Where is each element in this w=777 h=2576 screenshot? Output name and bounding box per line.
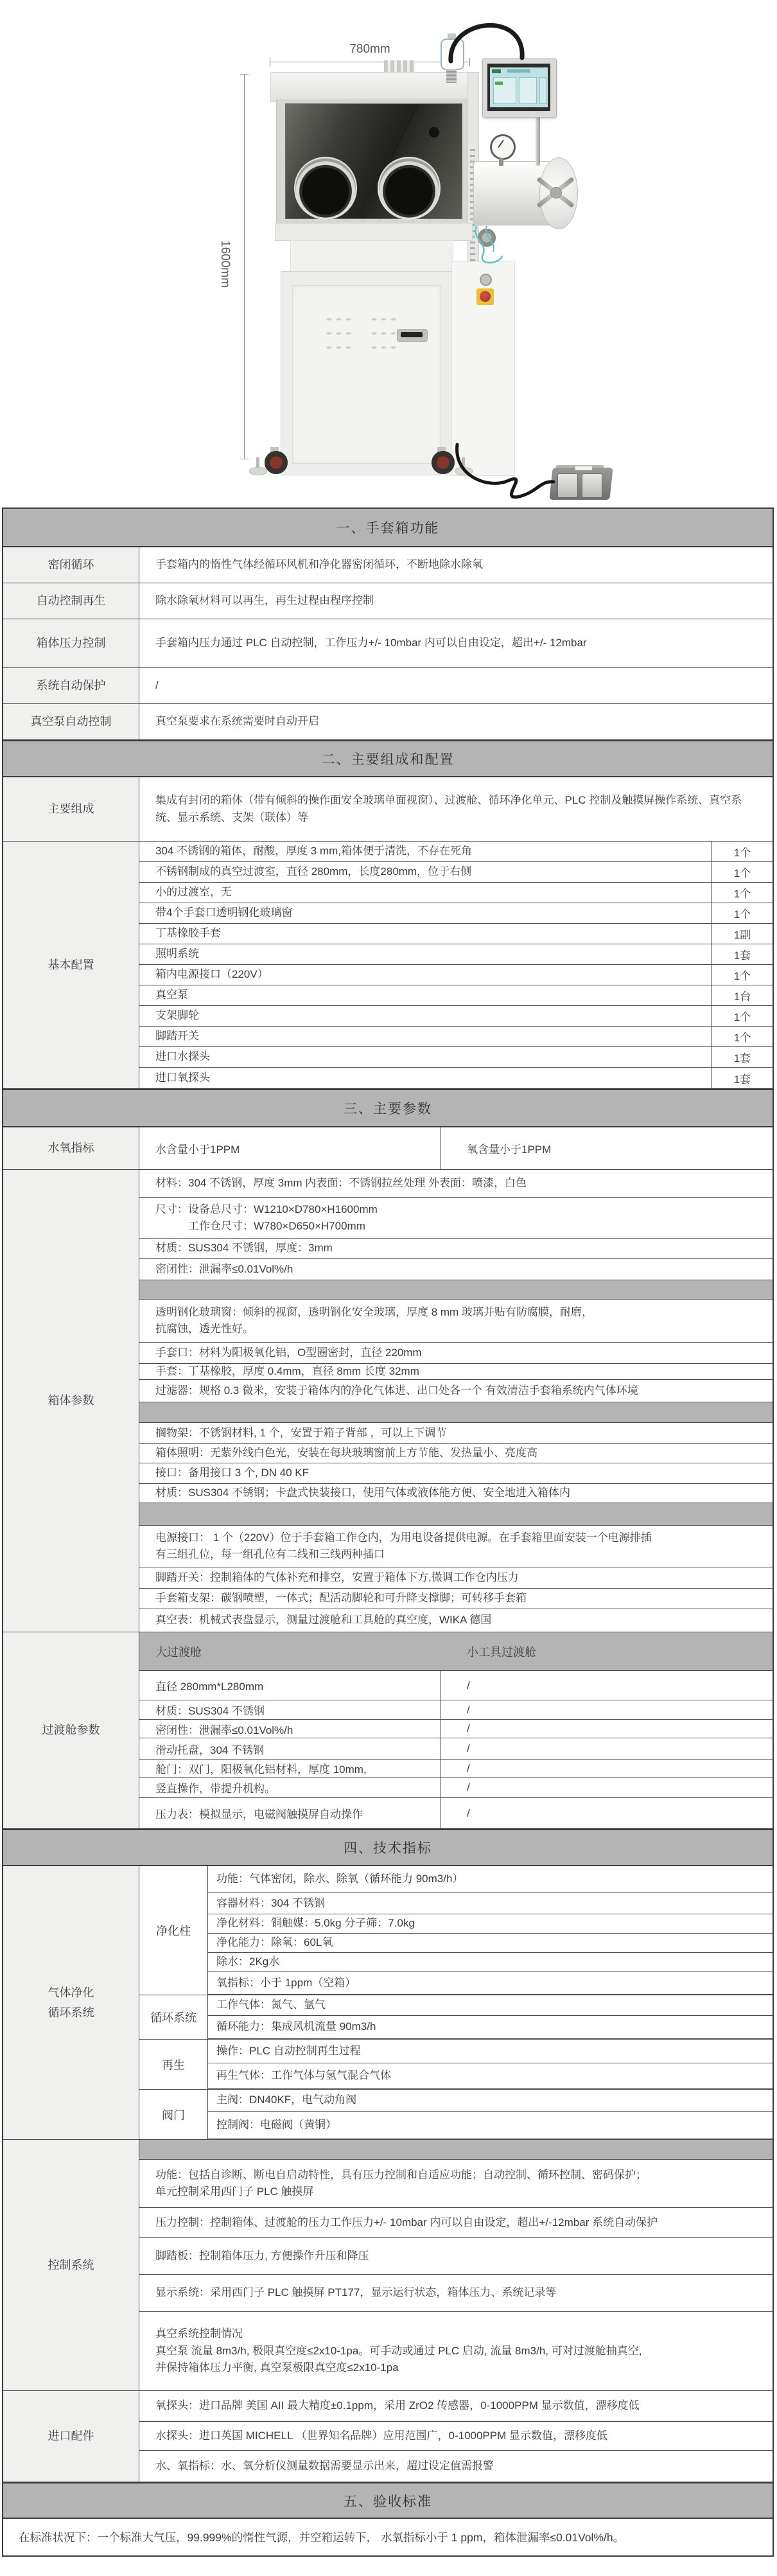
frame-bolts — [288, 218, 458, 223]
function-row: 系统自动保护/ — [3, 668, 773, 704]
qty-cell: 1个 — [712, 862, 773, 882]
control-rows: 功能：包括自诊断、断电自启动特性，具有压力控制和自适应功能；自动控制、循环控制、… — [139, 2140, 773, 2390]
chamber-row: 竖直操作，带提升机构。/ — [139, 1778, 773, 1798]
power-button-icon — [480, 274, 492, 286]
section4-header: 四、技术指标 — [3, 1829, 773, 1866]
function-row: 箱体压力控制手套箱内压力通过 PLC 自动控制，工作压力+/- 10mbar 内… — [3, 619, 773, 668]
box-params-band: 箱体参数 材料：304 不锈钢，厚度 3mm 内表面：不锈钢拉丝处理 外表面：喷… — [3, 1170, 773, 1632]
param-row: 脚踏开关：控制箱体的气体补充和排空，安置于箱体下方,微调工作仓内压力 — [139, 1567, 773, 1589]
chamber-col1-cell: 竖直操作，带提升机构。 — [139, 1778, 441, 1797]
qty-cell: 1个 — [712, 1027, 773, 1046]
function-row: 真空泵自动控制真空泵要求在系统需要时自动开启 — [3, 704, 773, 740]
water-oxygen-row: 水氧指标 水含量小于1PPM 氧含量小于1PPM — [3, 1127, 773, 1170]
hmi-widget — [539, 77, 547, 104]
gray-spacer — [139, 2140, 773, 2160]
basic-config-band: 基本配置 304 不锈钢的箱体，耐酸，厚度 3 mm,箱体便于清洗，不存在死角1… — [3, 842, 773, 1089]
chamber-row: 舱门：双门，阳极氧化铝材料，厚度 10mm,/ — [139, 1760, 773, 1778]
config-row: 真空泵1台 — [139, 985, 773, 1006]
row-content: / — [139, 668, 773, 703]
purify-group: 循环系统工作气体：氮气、氩气循环能力：集成风机流量 90m3/h — [139, 1995, 773, 2040]
chamber-row: 密闭性：泄漏率≤0.01Vol%/h/ — [139, 1720, 773, 1738]
vent-slots-icon — [369, 312, 399, 355]
param-row: 尺寸：设备总尺寸：W1210×D780×H1600mm 工作仓尺寸：W780×D… — [139, 1198, 773, 1239]
support-rod — [536, 109, 540, 166]
spec-table: 一、手套箱功能 密闭循环手套箱内的惰性气体经循环风机和净化器密闭循环，不断地除水… — [2, 507, 774, 2557]
row-content: 真空泵 — [139, 985, 712, 1005]
row-content: 再生气体：工作气体与氢气混合气体 — [208, 2063, 773, 2088]
param-row: 控制阀：电磁阀（黄铜） — [208, 2112, 773, 2139]
section3-header: 三、主要参数 — [3, 1089, 773, 1127]
row-content: 真空表：机械式表盘显示，测量过渡舱和工具舱的真空度，WIKA 德国 — [139, 1609, 773, 1632]
row-content: 搁物架：不锈钢材料, 1 个，安置于箱子背部 ，可以上下调节 — [139, 1423, 773, 1443]
function-row: 密闭循环手套箱内的惰性气体经循环风机和净化器密闭循环，不断地除水除氧 — [3, 547, 773, 583]
param-row: 手套口：材料为阳极氧化铝，O型圈密封，直径 220mm — [139, 1343, 773, 1364]
row-content: 操作：PLC 自动控制再生过程 — [208, 2040, 773, 2063]
oxygen-index-cell: 氧含量小于1PPM — [441, 1127, 773, 1169]
foot-pedal-left — [557, 473, 578, 498]
config-row: 丁基橡胶手套1副 — [139, 924, 773, 944]
cabinet-pedestal — [290, 240, 453, 274]
config-row: 进口氧探头1套 — [139, 1068, 773, 1088]
row-label: 主要组成 — [3, 777, 139, 841]
row-content: 透明钢化玻璃窗：倾斜的视窗，透明钢化安全玻璃，厚度 8 mm 玻璃并贴有防腐膜，… — [139, 1300, 773, 1342]
row-label: 真空泵自动控制 — [3, 704, 139, 739]
vent-slots-icon — [324, 312, 354, 355]
subgroup-rows: 主阀：DN40KF，电气动角阀控制阀：电磁阀（黄铜） — [208, 2090, 773, 2139]
chamber-params-band: 过渡舱参数 大过渡舱小工具过渡舱直径 280mm*L280mm/材质：SUS30… — [3, 1632, 773, 1829]
row-label: 气体净化 循环系统 — [3, 1866, 139, 2139]
chamber-col2-cell: / — [441, 1798, 773, 1828]
param-row: 搁物架：不锈钢材料, 1 个，安置于箱子背部 ，可以上下调节 — [139, 1423, 773, 1444]
row-content: 手套箱内的惰性气体经循环风机和净化器密闭循环，不断地除水除氧 — [139, 547, 773, 583]
main-composition-row: 主要组成 集成有封闭的箱体（带有倾斜的操作面安全玻璃单面视窗）、过渡舱、循环净化… — [3, 777, 773, 842]
purify-group: 再生操作：PLC 自动控制再生过程再生气体：工作气体与氢气混合气体 — [139, 2040, 773, 2090]
dimension-tick — [240, 459, 249, 459]
row-content: 丁基橡胶手套 — [139, 924, 712, 944]
purify-groups: 净化柱功能：气体密闭，除水、除氧（循环能力 90m3/h）容器材料：304 不锈… — [139, 1866, 773, 2139]
row-content: 不锈钢制成的真空过渡室，直径 280mm，长度280mm，位于右侧 — [139, 862, 712, 882]
row-content: 支架脚轮 — [139, 1006, 712, 1026]
chamber-col1-cell: 压力表：模拟显示，电磁阀触摸屏自动操作 — [139, 1798, 441, 1828]
param-row: 脚踏板：控制箱体压力, 方便操作升压和降压 — [139, 2238, 773, 2275]
row-content: 脚踏板：控制箱体压力, 方便操作升压和降压 — [139, 2238, 773, 2274]
param-row: 净化能力：除氧：60L氧 — [208, 1934, 773, 1953]
dimension-tick — [270, 58, 270, 66]
subgroup-label: 净化柱 — [139, 1866, 208, 1995]
param-row: 水探头：进口英国 MICHELL （世界知名品牌）应用范围广，0-1000PPM… — [139, 2422, 773, 2451]
param-row: 材质：SUS304 不锈钢；卡盘式快装接口，使用气体或液体能方便、安全地进入箱体… — [139, 1484, 773, 1503]
subgroup-rows: 功能：气体密闭，除水、除氧（循环能力 90m3/h）容器材料：304 不锈钢净化… — [208, 1866, 773, 1995]
transmitter-fitting — [446, 69, 457, 83]
param-row: 循环能力：集成风机流量 90m3/h — [208, 2016, 773, 2039]
row-content: 显示系统：采用西门子 PLC 触摸屏 PT177，显示运行状态，箱体压力、系统记… — [139, 2275, 773, 2311]
acceptance-text: 在标准状况下：一个标准大气压，99.999%的惰性气源，并空箱运转下， 水氧指标… — [3, 2519, 773, 2555]
gray-spacer — [139, 1280, 773, 1300]
basic-config-rows: 304 不锈钢的箱体，耐酸，厚度 3 mm,箱体便于清洗，不存在死角1个不锈钢制… — [139, 842, 773, 1088]
height-dimension-label: 1600mm — [218, 235, 232, 293]
config-row: 进口水探头1套 — [139, 1047, 773, 1068]
row-content: 小的过渡室，无 — [139, 883, 712, 903]
qty-cell: 1套 — [712, 944, 773, 964]
row-content: 循环能力：集成风机流量 90m3/h — [208, 2016, 773, 2038]
subgroup-rows: 工作气体：氮气、氩气循环能力：集成风机流量 90m3/h — [208, 1995, 773, 2039]
section2-header: 二、主要组成和配置 — [3, 740, 773, 777]
row-content: 手套箱支架：碳钢喷塑，一体式；配活动脚轮和可升降支撑脚；可转移手套箱 — [139, 1589, 773, 1609]
caster-wheel-icon — [432, 451, 455, 474]
param-row: 电源接口： 1 个（220V）位于手套箱工作仓内，为用电设备提供电源。在手套箱里… — [139, 1526, 773, 1567]
row-content: 除水除氧材料可以再生，再生过程由程序控制 — [139, 583, 773, 619]
row-content: 304 不锈钢的箱体，耐酸，厚度 3 mm,箱体便于清洗，不存在死角 — [139, 842, 712, 861]
height-dimension-line — [244, 74, 245, 459]
pressure-gauge-icon — [490, 134, 516, 160]
config-row: 小的过渡室，无1个 — [139, 883, 773, 903]
chamber-col2-cell: / — [441, 1738, 773, 1759]
valve-icon — [478, 229, 496, 247]
chamber-col1-cell: 材质：SUS304 不锈钢 — [139, 1700, 441, 1719]
param-row: 手套：丁基橡胶，厚度 0.4mm，直径 8mm 长度 32mm — [139, 1364, 773, 1380]
gray-spacer — [139, 1503, 773, 1526]
chamber-col2-header: 小工具过渡舱 — [441, 1632, 773, 1670]
row-content: 箱内电源接口（220V） — [139, 965, 712, 985]
hmi-widget — [519, 77, 537, 104]
row-content: 控制阀：电磁阀（黄铜） — [208, 2112, 773, 2139]
chamber-col2-cell: / — [441, 1760, 773, 1777]
purify-group: 净化柱功能：气体密闭，除水、除氧（循环能力 90m3/h）容器材料：304 不锈… — [139, 1866, 773, 1995]
row-content: 除水：2Kg水 — [208, 1953, 773, 1972]
caster-wheel-icon — [265, 451, 288, 474]
param-row: 压力控制：控制箱体、过渡舱的压力工作压力+/- 10mbar 内可以自由设定，超… — [139, 2208, 773, 2238]
qty-cell: 1个 — [712, 883, 773, 903]
row-content: 脚踏开关 — [139, 1027, 712, 1046]
row-content: 真空系统控制情况 真空泵 流量 8m3/h, 极限真空度≤2x10-1pa。可手… — [139, 2312, 773, 2390]
dimension-tick — [469, 58, 470, 66]
param-row: 透明钢化玻璃窗：倾斜的视窗，透明钢化安全玻璃，厚度 8 mm 玻璃并贴有防腐膜，… — [139, 1300, 773, 1343]
imports-rows: 氧探头：进口品牌 美国 AII 最大精度±0.1ppm，采用 ZrO2 传感器，… — [139, 2391, 773, 2482]
glove-port-icon — [294, 157, 357, 220]
param-row: 功能：气体密闭，除水、除氧（循环能力 90m3/h） — [208, 1866, 773, 1893]
param-row: 真空系统控制情况 真空泵 流量 8m3/h, 极限真空度≤2x10-1pa。可手… — [139, 2312, 773, 2390]
box-params-rows: 材料：304 不锈钢，厚度 3mm 内表面：不锈钢拉丝处理 外表面：喷漆，白色尺… — [139, 1170, 773, 1632]
purify-band: 气体净化 循环系统 净化柱功能：气体密闭，除水、除氧（循环能力 90m3/h）容… — [3, 1866, 773, 2140]
param-row: 容器材料：304 不锈钢 — [208, 1893, 773, 1914]
hmi-status-light — [495, 82, 503, 85]
door-handle-hub — [550, 187, 562, 198]
param-row: 箱体照明：无紫外线白色光，安装在每块玻璃窗前上方节能、发热量小、亮度高 — [139, 1444, 773, 1463]
chamber-col1-cell: 密闭性：泄漏率≤0.01Vol%/h — [139, 1720, 441, 1738]
chamber-col1-cell: 滑动托盘，304 不锈钢 — [139, 1738, 441, 1759]
row-content: 功能：包括自诊断、断电自启动特性，具有压力控制和自适应功能；自动控制、循环控制、… — [139, 2160, 773, 2207]
row-content: 工作气体：氮气、氩气 — [208, 1995, 773, 2015]
row-content: 材质：SUS304 不锈钢，厚度：3mm — [139, 1239, 773, 1258]
row-content: 净化材料：铜触媒：5.0kg 分子筛：7.0kg — [208, 1914, 773, 1933]
qty-cell: 1台 — [712, 985, 773, 1005]
row-content: 水、氧指标：水、氧分析仪测量数据需要显示出来，超过设定值需报警 — [139, 2451, 773, 2482]
param-row: 功能：包括自诊断、断电自启动特性，具有压力控制和自适应功能；自动控制、循环控制、… — [139, 2160, 773, 2208]
chamber-col2-cell: / — [441, 1778, 773, 1797]
chamber-col2-cell: / — [441, 1720, 773, 1738]
qty-cell: 1个 — [712, 965, 773, 985]
row-content: 过滤器：规格 0.3 微米，安装于箱体内的净化气体进、出口处各一个 有效清洁手套… — [139, 1380, 773, 1402]
spec-sheet-page: 780mm 1600mm — [0, 0, 777, 2576]
chamber-row: 压力表：模拟显示，电磁阀触摸屏自动操作/ — [139, 1798, 773, 1828]
param-row: 接口：备用接口 3 个, DN 40 KF — [139, 1463, 773, 1484]
transmitter-cap — [448, 33, 456, 39]
chamber-row: 直径 280mm*L280mm/ — [139, 1671, 773, 1700]
param-row: 材料：304 不锈钢，厚度 3mm 内表面：不锈钢拉丝处理 外表面：喷漆，白色 — [139, 1170, 773, 1198]
row-content: 集成有封闭的箱体（带有倾斜的操作面安全玻璃单面视窗）、过渡舱、循环净化单元、PL… — [139, 777, 773, 841]
param-row: 氧指标：小于 1ppm（空箱） — [208, 1972, 773, 1995]
row-content: 材质：SUS304 不锈钢；卡盘式快装接口，使用气体或液体能方便、安全地进入箱体… — [139, 1484, 773, 1503]
row-content: 容器材料：304 不锈钢 — [208, 1893, 773, 1914]
config-row: 支架脚轮1个 — [139, 1006, 773, 1027]
control-band: 控制系统 功能：包括自诊断、断电自启动特性，具有压力控制和自适应功能；自动控制、… — [3, 2140, 773, 2391]
qty-cell: 1套 — [712, 1068, 773, 1088]
config-row: 不锈钢制成的真空过渡室，直径 280mm，长度280mm，位于右侧1个 — [139, 862, 773, 883]
chamber-col2-cell: / — [441, 1700, 773, 1719]
dimension-tick — [240, 74, 249, 75]
config-row: 带4个手套口透明钢化玻璃窗1个 — [139, 903, 773, 924]
row-label: 控制系统 — [3, 2140, 139, 2390]
param-row: 再生气体：工作气体与氢气混合气体 — [208, 2063, 773, 2089]
row-content: 氧探头：进口品牌 美国 AII 最大精度±0.1ppm，采用 ZrO2 传感器，… — [139, 2391, 773, 2421]
chamber-col1-cell: 舱门：双门，阳极氧化铝材料，厚度 10mm, — [139, 1760, 441, 1777]
param-row: 显示系统：采用西门子 PLC 触摸屏 PT177，显示运行状态，箱体压力、系统记… — [139, 2275, 773, 2312]
qty-cell: 1个 — [712, 1006, 773, 1026]
qty-cell: 1个 — [712, 842, 773, 861]
row-label: 箱体压力控制 — [3, 619, 139, 667]
water-index-cell: 水含量小于1PPM — [139, 1127, 441, 1169]
cabinet-handle-recess — [401, 332, 423, 337]
gauge-stem — [499, 158, 503, 166]
row-content: 水探头：进口英国 MICHELL （世界知名品牌）应用范围广，0-1000PPM… — [139, 2422, 773, 2450]
gray-spacer — [139, 1402, 773, 1423]
row-content: 主阀：DN40KF，电气动角阀 — [208, 2090, 773, 2111]
subgroup-label: 再生 — [139, 2040, 208, 2089]
subgroup-label: 循环系统 — [139, 1995, 208, 2039]
row-content: 箱体照明：无紫外线白色光，安装在每块玻璃窗前上方节能、发热量小、亮度高 — [139, 1444, 773, 1463]
window-clamp-knob — [429, 127, 439, 137]
row-label: 基本配置 — [3, 842, 139, 1088]
row-content: 手套口：材料为阳极氧化铝，O型圈密封，直径 220mm — [139, 1343, 773, 1363]
foot-pedal-right — [582, 473, 602, 498]
chamber-col1-cell: 直径 280mm*L280mm — [139, 1671, 441, 1700]
config-row: 照明系统1套 — [139, 944, 773, 965]
param-row: 工作气体：氮气、氩气 — [208, 1995, 773, 2016]
row-label: 密闭循环 — [3, 547, 139, 583]
row-content: 照明系统 — [139, 944, 712, 964]
oxygen-transmitter-icon — [441, 39, 464, 70]
chamber-row: 材质：SUS304 不锈钢/ — [139, 1700, 773, 1720]
param-row: 材质：SUS304 不锈钢，厚度：3mm — [139, 1239, 773, 1259]
row-label: 过渡舱参数 — [3, 1632, 139, 1828]
row-content: 手套箱内压力通过 PLC 自动控制，工作压力+/- 10mbar 内可以自由设定… — [139, 619, 773, 667]
leveling-foot-icon — [455, 467, 473, 475]
glovebox-top-panel — [270, 72, 475, 102]
row-label: 系统自动保护 — [3, 668, 139, 703]
row-label: 水氧指标 — [3, 1127, 139, 1169]
qty-cell: 1副 — [712, 924, 773, 944]
cabinet-sill — [275, 223, 473, 241]
function-row: 自动控制再生除水除氧材料可以再生，再生过程由程序控制 — [3, 583, 773, 619]
chamber-params-rows: 大过渡舱小工具过渡舱直径 280mm*L280mm/材质：SUS304 不锈钢/… — [139, 1632, 773, 1828]
emergency-stop-icon — [480, 291, 491, 302]
param-row: 真空表：机械式表盘显示，测量过渡舱和工具舱的真空度，WIKA 德国 — [139, 1609, 773, 1632]
row-content: 密闭性：泄漏率≤0.01Vol%/h — [139, 1259, 773, 1280]
chamber-col2-cell: / — [441, 1671, 773, 1700]
config-row: 脚踏开关1个 — [139, 1027, 773, 1047]
row-content: 净化能力：除氧：60L氧 — [208, 1934, 773, 1952]
row-content: 材料：304 不锈钢，厚度 3mm 内表面：不锈钢拉丝处理 外表面：喷漆，白色 — [139, 1170, 773, 1197]
row-content: 氧指标：小于 1ppm（空箱） — [208, 1972, 773, 1994]
hmi-title-bar — [507, 69, 530, 73]
product-photo: 780mm 1600mm — [0, 0, 777, 507]
row-content: 功能：气体密闭，除水、除氧（循环能力 90m3/h） — [208, 1866, 773, 1892]
hmi-brand-chip — [492, 69, 501, 73]
lower-cabinet-panel — [292, 285, 441, 464]
param-row: 密闭性：泄漏率≤0.01Vol%/h — [139, 1259, 773, 1280]
section5-header: 五、验收标准 — [3, 2482, 773, 2519]
chamber-subheader: 大过渡舱小工具过渡舱 — [139, 1632, 773, 1671]
purify-group: 阀门主阀：DN40KF，电气动角阀控制阀：电磁阀（黄铜） — [139, 2090, 773, 2139]
row-content: 尺寸：设备总尺寸：W1210×D780×H1600mm 工作仓尺寸：W780×D… — [139, 1198, 773, 1238]
param-row: 净化材料：铜触媒：5.0kg 分子筛：7.0kg — [208, 1914, 773, 1934]
imports-band: 进口配件 氧探头：进口品牌 美国 AII 最大精度±0.1ppm，采用 ZrO2… — [3, 2391, 773, 2482]
param-row: 水、氧指标：水、氧分析仪测量数据需要显示出来，超过设定值需报警 — [139, 2451, 773, 2482]
qty-cell: 1套 — [712, 1047, 773, 1067]
param-row: 操作：PLC 自动控制再生过程 — [208, 2040, 773, 2063]
row-content: 进口氧探头 — [139, 1068, 712, 1088]
row-label: 自动控制再生 — [3, 583, 139, 619]
row-content: 电源接口： 1 个（220V）位于手套箱工作仓内，为用电设备提供电源。在手套箱里… — [139, 1526, 773, 1567]
row-content: 脚踏开关：控制箱体的气体补充和排空，安置于箱体下方,微调工作仓内压力 — [139, 1567, 773, 1588]
config-row: 304 不锈钢的箱体，耐酸，厚度 3 mm,箱体便于清洗，不存在死角1个 — [139, 842, 773, 862]
row-content: 手套：丁基橡胶，厚度 0.4mm，直径 8mm 长度 32mm — [139, 1364, 773, 1379]
glove-port-icon — [378, 157, 441, 220]
param-row: 除水：2Kg水 — [208, 1953, 773, 1972]
row-label: 箱体参数 — [3, 1170, 139, 1632]
row-content: 带4个手套口透明钢化玻璃窗 — [139, 903, 712, 923]
foot-pedal-label — [575, 466, 592, 470]
chamber-row: 滑动托盘，304 不锈钢/ — [139, 1738, 773, 1760]
leveling-foot-icon — [249, 467, 267, 475]
config-row: 箱内电源接口（220V）1个 — [139, 965, 773, 985]
subgroup-rows: 操作：PLC 自动控制再生过程再生气体：工作气体与氢气混合气体 — [208, 2040, 773, 2089]
chamber-col1-header: 大过渡舱 — [139, 1632, 441, 1670]
param-row: 氧探头：进口品牌 美国 AII 最大精度±0.1ppm，采用 ZrO2 传感器，… — [139, 2391, 773, 2422]
section1-header: 一、手套箱功能 — [3, 509, 773, 547]
param-row: 手套箱支架：碳钢喷塑，一体式；配活动脚轮和可升降支撑脚；可转移手套箱 — [139, 1589, 773, 1609]
row-content: 压力控制：控制箱体、过渡舱的压力工作压力+/- 10mbar 内可以自由设定，超… — [139, 2208, 773, 2237]
param-row: 主阀：DN40KF，电气动角阀 — [208, 2090, 773, 2112]
row-label: 进口配件 — [3, 2391, 139, 2482]
roof-fittings-icon — [384, 60, 415, 72]
row-content: 真空泵要求在系统需要时自动开启 — [139, 704, 773, 739]
section1-rows: 密闭循环手套箱内的惰性气体经循环风机和净化器密闭循环，不断地除水除氧自动控制再生… — [3, 547, 773, 740]
qty-cell: 1个 — [712, 903, 773, 923]
subgroup-label: 阀门 — [139, 2090, 208, 2139]
row-content: 进口水探头 — [139, 1047, 712, 1067]
param-row: 过滤器：规格 0.3 微米，安装于箱体内的净化气体进、出口处各一个 有效清洁手套… — [139, 1380, 773, 1402]
row-content: 接口：备用接口 3 个, DN 40 KF — [139, 1463, 773, 1483]
